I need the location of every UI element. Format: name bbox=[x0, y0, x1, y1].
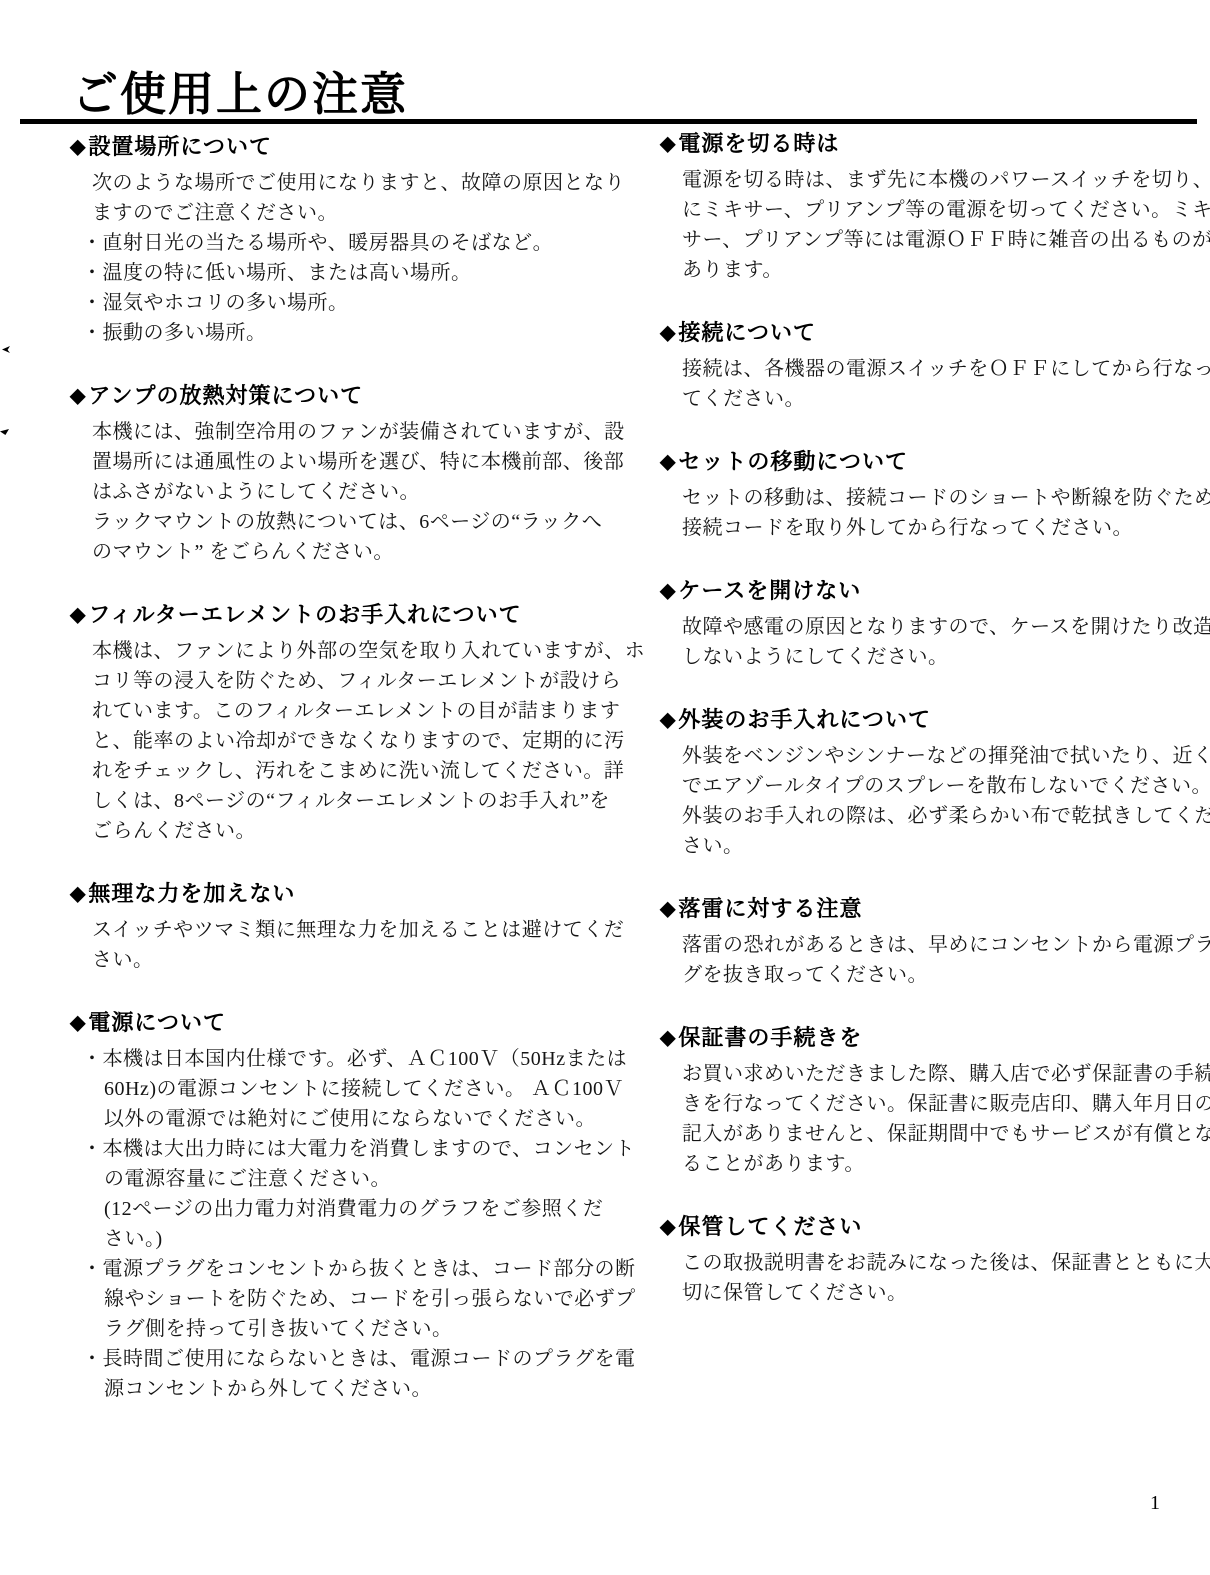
diamond-icon: ◆ bbox=[660, 319, 676, 347]
text-line: てください。 bbox=[660, 384, 1210, 414]
right-column: ◆電源を切る時は電源を切る時は、まず先に本機のパワースイッチを切り、次にミキサー… bbox=[660, 130, 1210, 1342]
text-line: はふさがないようにしてください。 bbox=[70, 477, 635, 507]
diamond-icon: ◆ bbox=[660, 1213, 676, 1241]
text-line: さい。 bbox=[70, 945, 635, 975]
text-line: 本機には、強制空冷用のファンが装備されていますが、設 bbox=[70, 417, 635, 447]
text-line: 故障や感電の原因となりますので、ケースを開けたり改造 bbox=[660, 612, 1210, 642]
section: ◆接続について接続は、各機器の電源スイッチをＯＦＦにしてから行なってください。 bbox=[660, 319, 1210, 414]
text-line: の電源容量にご注意ください。 bbox=[70, 1164, 635, 1194]
section-heading: ◆アンプの放熱対策について bbox=[70, 382, 635, 411]
text-line: さい。) bbox=[70, 1224, 635, 1254]
section: ◆ケースを開けない故障や感電の原因となりますので、ケースを開けたり改造しないよう… bbox=[660, 577, 1210, 672]
text-line: 源コンセントから外してください。 bbox=[70, 1374, 635, 1404]
section: ◆アンプの放熱対策について本機には、強制空冷用のファンが装備されていますが、設置… bbox=[70, 382, 635, 567]
text-line: ・長時間ご使用にならないときは、電源コードのプラグを電 bbox=[70, 1344, 635, 1374]
text-line: ・電源プラグをコンセントから抜くときは、コード部分の断 bbox=[70, 1254, 635, 1284]
text-line: ・振動の多い場所。 bbox=[70, 318, 635, 348]
section-heading-label: セットの移動について bbox=[678, 449, 908, 474]
text-line: れをチェックし、汚れをこまめに洗い流してください。詳 bbox=[70, 756, 635, 786]
scan-artifact bbox=[0, 429, 9, 435]
section-heading-label: 保管してください bbox=[678, 1214, 862, 1239]
section-heading: ◆フィルターエレメントのお手入れについて bbox=[70, 601, 635, 630]
text-line: 電源を切る時は、まず先に本機のパワースイッチを切り、次 bbox=[660, 165, 1210, 195]
section: ◆電源について・本機は日本国内仕様です。必ず、ＡＣ100Ｖ（50Hzまたは60H… bbox=[70, 1009, 635, 1404]
section-heading-label: 無理な力を加えない bbox=[88, 881, 295, 906]
text-line: ごらんください。 bbox=[70, 816, 635, 846]
section-heading: ◆保管してください bbox=[660, 1213, 1210, 1242]
text-line: 外装をベンジンやシンナーなどの揮発油で拭いたり、近く bbox=[660, 741, 1210, 771]
diamond-icon: ◆ bbox=[70, 133, 86, 161]
text-line: あります。 bbox=[660, 255, 1210, 285]
section-heading-label: 電源について bbox=[88, 1010, 226, 1035]
text-line: のマウント” をごらんください。 bbox=[70, 537, 635, 567]
section-heading: ◆保証書の手続きを bbox=[660, 1024, 1210, 1053]
text-line: サー、プリアンプ等には電源ＯＦＦ時に雑音の出るものが bbox=[660, 225, 1210, 255]
text-line: しくは、8ページの“フィルターエレメントのお手入れ”を bbox=[70, 786, 635, 816]
text-line: ラックマウントの放熱については、6ページの“ラックへ bbox=[70, 507, 635, 537]
text-line: しないようにしてください。 bbox=[660, 642, 1210, 672]
diamond-icon: ◆ bbox=[70, 880, 86, 908]
scan-artifact bbox=[2, 346, 10, 353]
section: ◆保証書の手続きをお買い求めいただきました際、購入店で必ず保証書の手続きを行なっ… bbox=[660, 1024, 1210, 1179]
text-line: お買い求めいただきました際、購入店で必ず保証書の手続 bbox=[660, 1059, 1210, 1089]
text-line: 置場所には通風性のよい場所を選び、特に本機前部、後部 bbox=[70, 447, 635, 477]
text-line: ることがあります。 bbox=[660, 1149, 1210, 1179]
text-line: グを抜き取ってください。 bbox=[660, 960, 1210, 990]
text-line: さい。 bbox=[660, 831, 1210, 861]
text-line: ・本機は日本国内仕様です。必ず、ＡＣ100Ｖ（50Hzまたは bbox=[70, 1044, 635, 1074]
section: ◆電源を切る時は電源を切る時は、まず先に本機のパワースイッチを切り、次にミキサー… bbox=[660, 130, 1210, 285]
text-line: と、能率のよい冷却ができなくなりますので、定期的に汚 bbox=[70, 726, 635, 756]
text-line: 記入がありませんと、保証期間中でもサービスが有償とな bbox=[660, 1119, 1210, 1149]
section-heading: ◆セットの移動について bbox=[660, 448, 1210, 477]
left-column: ◆設置場所について次のような場所でご使用になりますと、故障の原因となりますのでご… bbox=[70, 133, 635, 1438]
diamond-icon: ◆ bbox=[70, 1009, 86, 1037]
text-line: ・本機は大出力時には大電力を消費しますので、コンセント bbox=[70, 1134, 635, 1164]
text-line: にミキサー、プリアンプ等の電源を切ってください。ミキ bbox=[660, 195, 1210, 225]
section: ◆フィルターエレメントのお手入れについて本機は、ファンにより外部の空気を取り入れ… bbox=[70, 601, 635, 846]
section: ◆外装のお手入れについて外装をベンジンやシンナーなどの揮発油で拭いたり、近くでエ… bbox=[660, 706, 1210, 861]
section-heading: ◆ケースを開けない bbox=[660, 577, 1210, 606]
section-heading: ◆接続について bbox=[660, 319, 1210, 348]
section-heading-label: 落雷に対する注意 bbox=[678, 896, 862, 921]
text-line: コリ等の浸入を防ぐため、フィルターエレメントが設けら bbox=[70, 666, 635, 696]
section-heading-label: アンプの放熱対策について bbox=[88, 383, 363, 408]
section-heading: ◆電源について bbox=[70, 1009, 635, 1038]
section-heading-label: 外装のお手入れについて bbox=[678, 707, 931, 732]
page-number: 1 bbox=[1150, 1492, 1160, 1515]
text-line: ・直射日光の当たる場所や、暖房器具のそばなど。 bbox=[70, 228, 635, 258]
section-heading: ◆無理な力を加えない bbox=[70, 880, 635, 909]
text-line: 落雷の恐れがあるときは、早めにコンセントから電源プラ bbox=[660, 930, 1210, 960]
text-line: ますのでご注意ください。 bbox=[70, 198, 635, 228]
text-line: 接続は、各機器の電源スイッチをＯＦＦにしてから行なっ bbox=[660, 354, 1210, 384]
text-line: きを行なってください。保証書に販売店印、購入年月日の bbox=[660, 1089, 1210, 1119]
diamond-icon: ◆ bbox=[660, 706, 676, 734]
section-heading: ◆落雷に対する注意 bbox=[660, 895, 1210, 924]
text-line: ラグ側を持って引き抜いてください。 bbox=[70, 1314, 635, 1344]
diamond-icon: ◆ bbox=[70, 601, 86, 629]
section: ◆落雷に対する注意落雷の恐れがあるときは、早めにコンセントから電源プラグを抜き取… bbox=[660, 895, 1210, 990]
section: ◆保管してくださいこの取扱説明書をお読みになった後は、保証書とともに大切に保管し… bbox=[660, 1213, 1210, 1308]
section: ◆無理な力を加えないスイッチやツマミ類に無理な力を加えることは避けてください。 bbox=[70, 880, 635, 975]
section-heading-label: 接続について bbox=[678, 320, 816, 345]
diamond-icon: ◆ bbox=[660, 895, 676, 923]
manual-page: ご使用上の注意 ◆設置場所について次のような場所でご使用になりますと、故障の原因… bbox=[0, 0, 1210, 1575]
text-line: でエアゾールタイプのスプレーを散布しないでください。 bbox=[660, 771, 1210, 801]
text-line: この取扱説明書をお読みになった後は、保証書とともに大 bbox=[660, 1248, 1210, 1278]
text-line: 以外の電源では絶対にご使用にならないでください。 bbox=[70, 1104, 635, 1134]
section-heading-label: 保証書の手続きを bbox=[678, 1025, 862, 1050]
text-line: セットの移動は、接続コードのショートや断線を防ぐため bbox=[660, 483, 1210, 513]
section-heading-label: ケースを開けない bbox=[678, 578, 861, 603]
text-line: 切に保管してください。 bbox=[660, 1278, 1210, 1308]
text-line: 外装のお手入れの際は、必ず柔らかい布で乾拭きしてくだ bbox=[660, 801, 1210, 831]
title-rule bbox=[20, 119, 1197, 124]
text-line: (12ページの出力電力対消費電力のグラフをご参照くだ bbox=[70, 1194, 635, 1224]
section-heading: ◆設置場所について bbox=[70, 133, 635, 162]
diamond-icon: ◆ bbox=[660, 1024, 676, 1052]
text-line: 接続コードを取り外してから行なってください。 bbox=[660, 513, 1210, 543]
diamond-icon: ◆ bbox=[660, 448, 676, 476]
text-line: ・温度の特に低い場所、または高い場所。 bbox=[70, 258, 635, 288]
diamond-icon: ◆ bbox=[660, 130, 676, 158]
section: ◆セットの移動についてセットの移動は、接続コードのショートや断線を防ぐため接続コ… bbox=[660, 448, 1210, 543]
section-heading: ◆電源を切る時は bbox=[660, 130, 1210, 159]
text-line: スイッチやツマミ類に無理な力を加えることは避けてくだ bbox=[70, 915, 635, 945]
section-heading: ◆外装のお手入れについて bbox=[660, 706, 1210, 735]
diamond-icon: ◆ bbox=[660, 577, 676, 605]
text-line: 60Hz)の電源コンセントに接続してください。 ＡＣ100Ｖ bbox=[70, 1074, 635, 1104]
text-line: れています。このフィルターエレメントの目が詰まります bbox=[70, 696, 635, 726]
text-line: ・湿気やホコリの多い場所。 bbox=[70, 288, 635, 318]
section-heading-label: フィルターエレメントのお手入れについて bbox=[88, 602, 521, 627]
page-title: ご使用上の注意 bbox=[72, 58, 408, 124]
section-heading-label: 電源を切る時は bbox=[678, 131, 839, 156]
section-heading-label: 設置場所について bbox=[88, 134, 272, 159]
diamond-icon: ◆ bbox=[70, 382, 86, 410]
text-line: 次のような場所でご使用になりますと、故障の原因となり bbox=[70, 168, 635, 198]
section: ◆設置場所について次のような場所でご使用になりますと、故障の原因となりますのでご… bbox=[70, 133, 635, 348]
text-line: 本機は、ファンにより外部の空気を取り入れていますが、ホ bbox=[70, 636, 635, 666]
text-line: 線やショートを防ぐため、コードを引っ張らないで必ずプ bbox=[70, 1284, 635, 1314]
